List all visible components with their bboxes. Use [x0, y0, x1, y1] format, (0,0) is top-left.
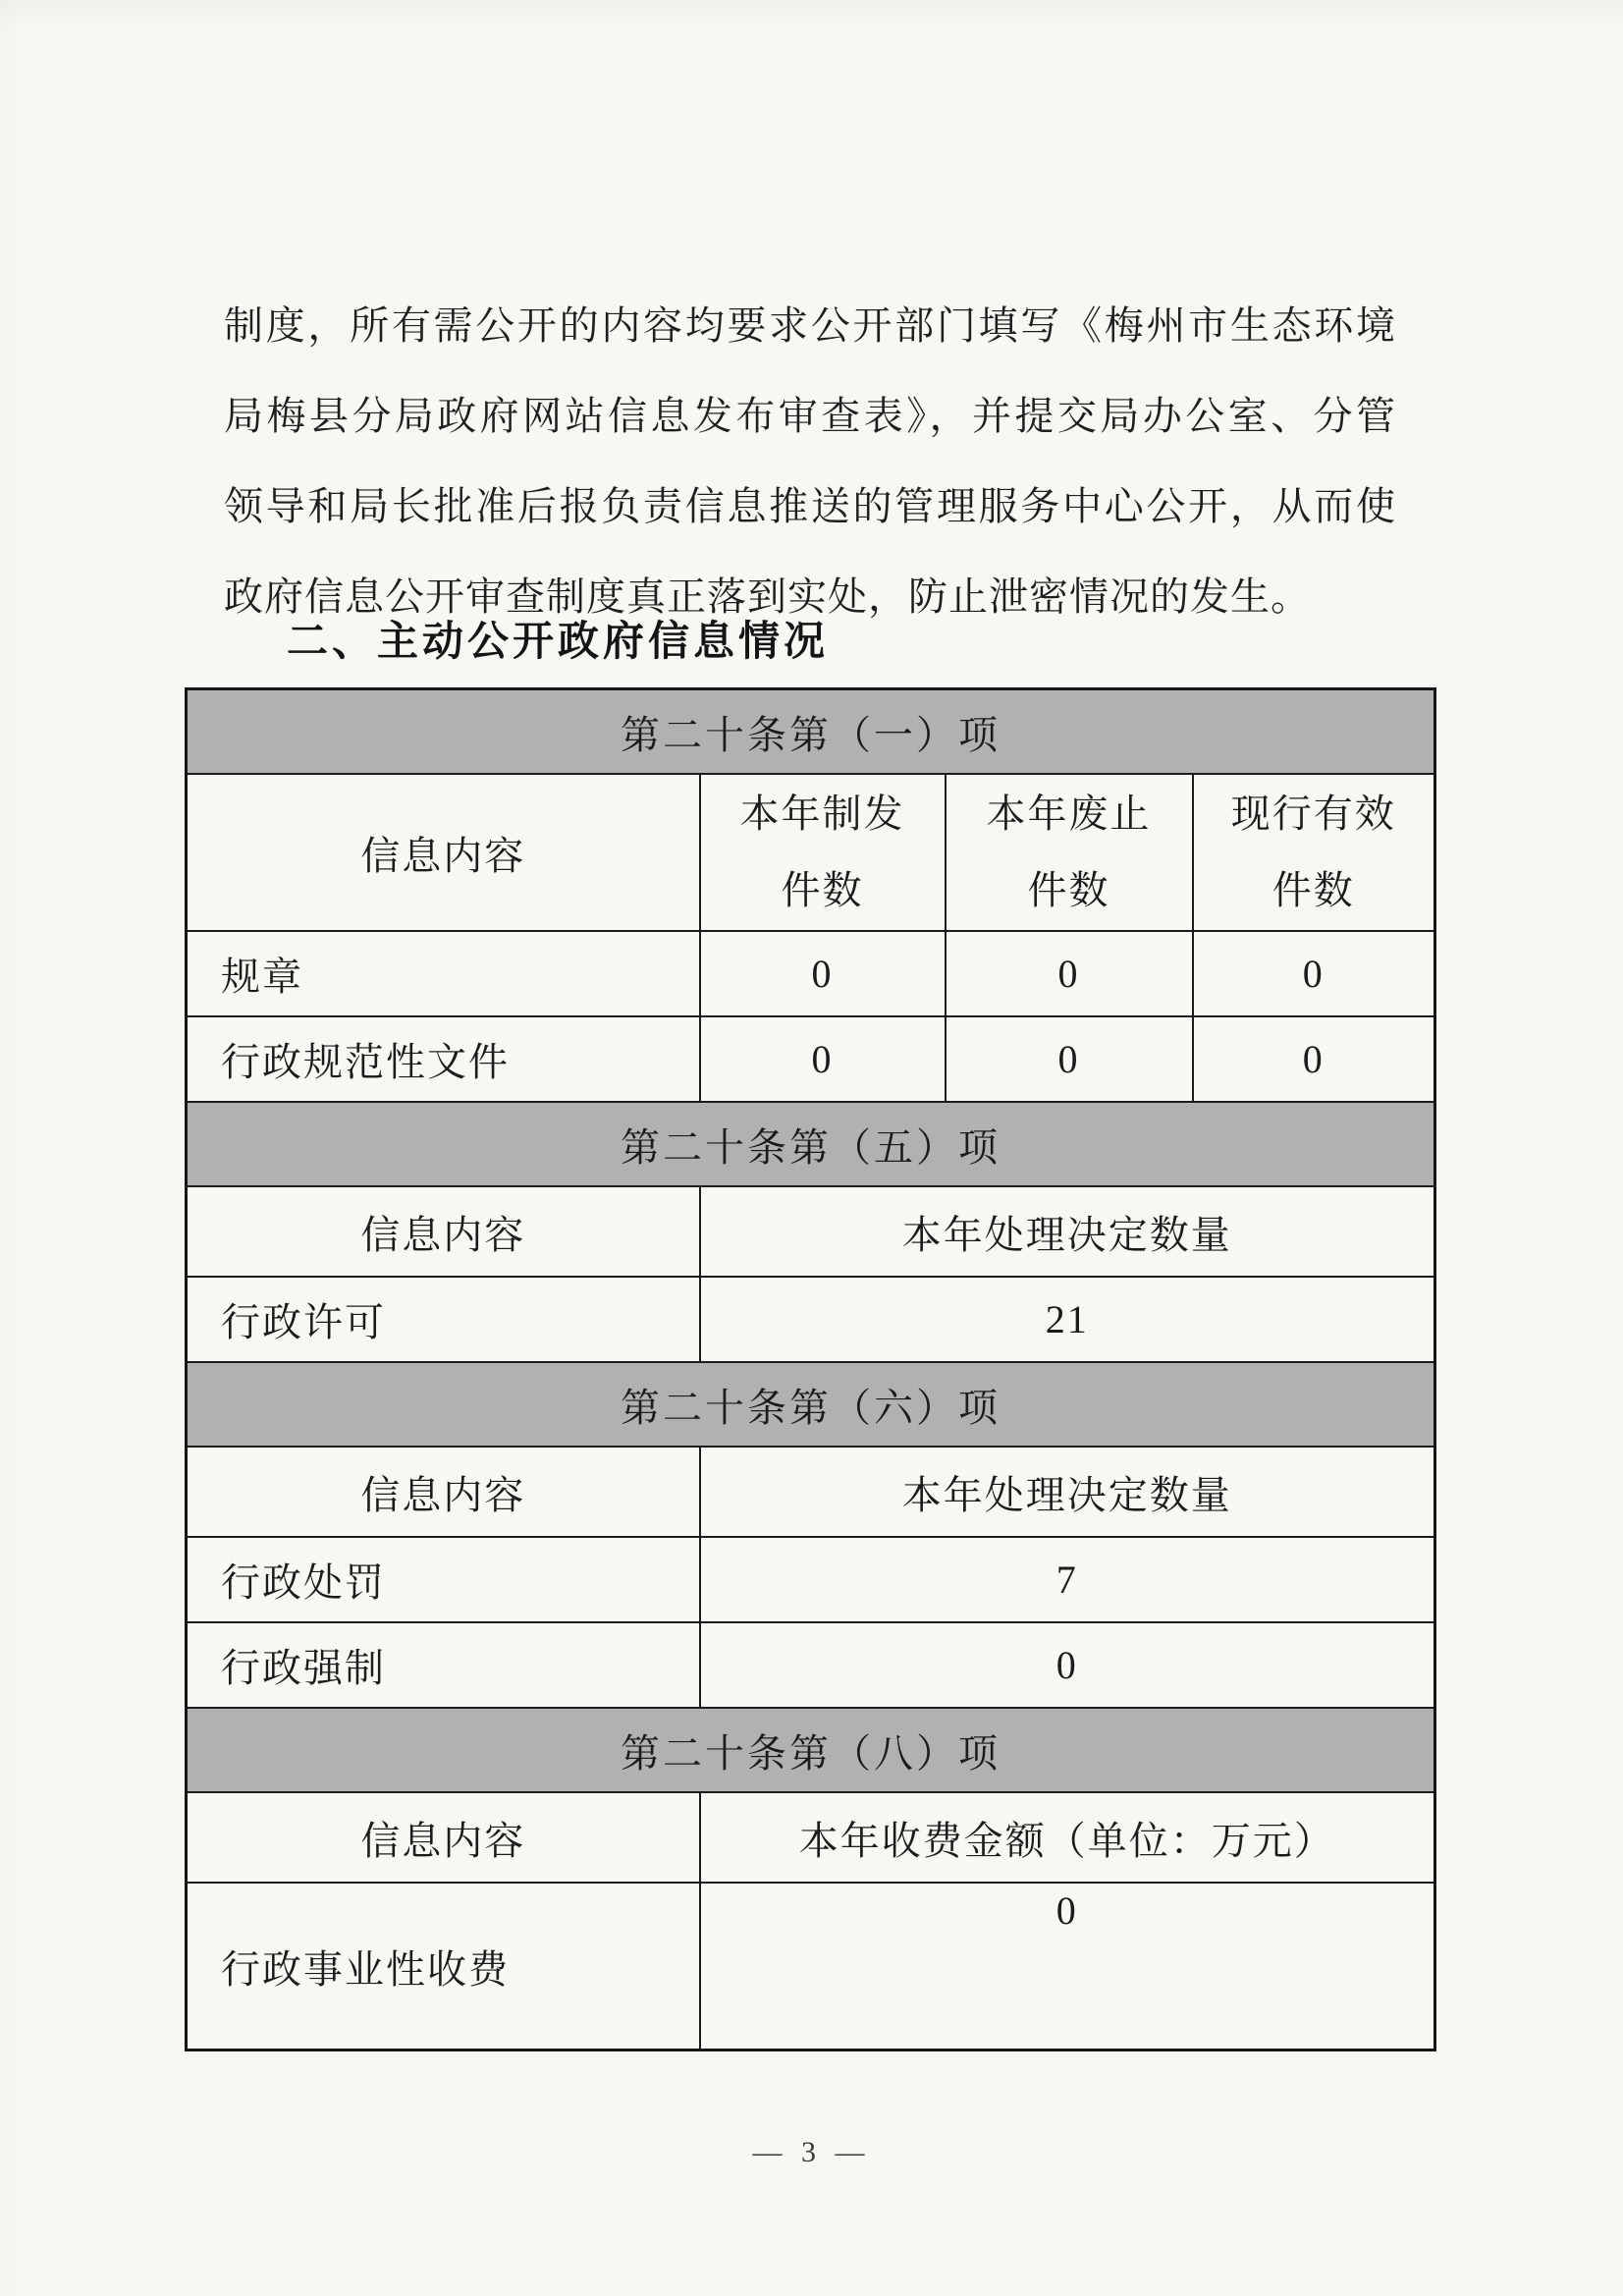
- disclosure-table: 第二十条第（一）项 信息内容 本年制发件数 本年废止件数 现行有效件数 规章 0…: [185, 687, 1436, 2051]
- col-header-info-content: 信息内容: [187, 774, 700, 931]
- row-label: 行政处罚: [187, 1537, 700, 1622]
- col-header-decisions-this-year: 本年处理决定数量: [700, 1186, 1435, 1277]
- col-header-info-content: 信息内容: [187, 1186, 700, 1277]
- table-header-row: 信息内容 本年收费金额（单位：万元）: [187, 1792, 1435, 1883]
- col-header-repealed-this-year: 本年废止件数: [946, 774, 1193, 931]
- table-section-title-row: 第二十条第（一）项: [187, 689, 1435, 775]
- col-header-text: 本年废止件数: [979, 776, 1160, 929]
- row-value: 0: [1193, 1016, 1435, 1102]
- table-section-title-row: 第二十条第（八）项: [187, 1708, 1435, 1792]
- col-header-fees-collected: 本年收费金额（单位：万元）: [700, 1792, 1435, 1883]
- row-value: 0: [1193, 931, 1435, 1016]
- table-row-normative-documents: 行政规范性文件 0 0 0: [187, 1016, 1435, 1102]
- col-header-issued-this-year: 本年制发件数: [700, 774, 946, 931]
- row-value: 21: [700, 1277, 1435, 1362]
- col-header-text: 现行有效件数: [1223, 776, 1404, 929]
- row-value: 0: [700, 931, 946, 1016]
- table-row-administrative-fees: 行政事业性收费 0: [187, 1883, 1435, 2050]
- table-row-administrative-penalty: 行政处罚 7: [187, 1537, 1435, 1622]
- col-header-currently-effective: 现行有效件数: [1193, 774, 1435, 931]
- table-section-title-row: 第二十条第（六）项: [187, 1362, 1435, 1447]
- body-paragraph: 制度，所有需公开的内容均要求公开部门填写《梅州市生态环境 局梅县分局政府网站信息…: [224, 281, 1396, 642]
- paragraph-line: 制度，所有需公开的内容均要求公开部门填写《梅州市生态环境: [224, 281, 1396, 371]
- table-row-regulations: 规章 0 0 0: [187, 931, 1435, 1016]
- section-heading: 二、主动公开政府信息情况: [287, 609, 829, 668]
- table-header-row: 信息内容 本年处理决定数量: [187, 1447, 1435, 1537]
- page-number: — 3 —: [0, 2136, 1623, 2169]
- section5-title: 第二十条第（五）项: [187, 1102, 1435, 1186]
- table-row-administrative-licensing: 行政许可 21: [187, 1277, 1435, 1362]
- col-header-decisions-this-year: 本年处理决定数量: [700, 1447, 1435, 1537]
- col-header-text: 本年制发件数: [732, 776, 913, 929]
- row-label: 行政规范性文件: [187, 1016, 700, 1102]
- paragraph-line: 局梅县分局政府网站信息发布审查表》，并提交局办公室、分管: [224, 371, 1396, 462]
- col-header-info-content: 信息内容: [187, 1447, 700, 1537]
- table-header-row: 信息内容 本年处理决定数量: [187, 1186, 1435, 1277]
- row-value: 0: [946, 931, 1193, 1016]
- row-label: 行政许可: [187, 1277, 700, 1362]
- paragraph-line: 领导和局长批准后报负责信息推送的管理服务中心公开，从而使: [224, 462, 1396, 552]
- section6-title: 第二十条第（六）项: [187, 1362, 1435, 1447]
- table-section-title-row: 第二十条第（五）项: [187, 1102, 1435, 1186]
- row-value: 0: [946, 1016, 1193, 1102]
- col-header-info-content: 信息内容: [187, 1792, 700, 1883]
- row-label: 行政强制: [187, 1622, 700, 1708]
- document-page: 制度，所有需公开的内容均要求公开部门填写《梅州市生态环境 局梅县分局政府网站信息…: [0, 0, 1623, 2296]
- row-value: 0: [700, 1016, 946, 1102]
- section1-title: 第二十条第（一）项: [187, 689, 1435, 775]
- table-row-administrative-compulsion: 行政强制 0: [187, 1622, 1435, 1708]
- section8-title: 第二十条第（八）项: [187, 1708, 1435, 1792]
- row-value: 0: [700, 1622, 1435, 1708]
- row-value: 7: [700, 1537, 1435, 1622]
- row-value: 0: [700, 1883, 1435, 2050]
- row-label: 行政事业性收费: [187, 1883, 700, 2050]
- row-label: 规章: [187, 931, 700, 1016]
- table-header-row: 信息内容 本年制发件数 本年废止件数 现行有效件数: [187, 774, 1435, 931]
